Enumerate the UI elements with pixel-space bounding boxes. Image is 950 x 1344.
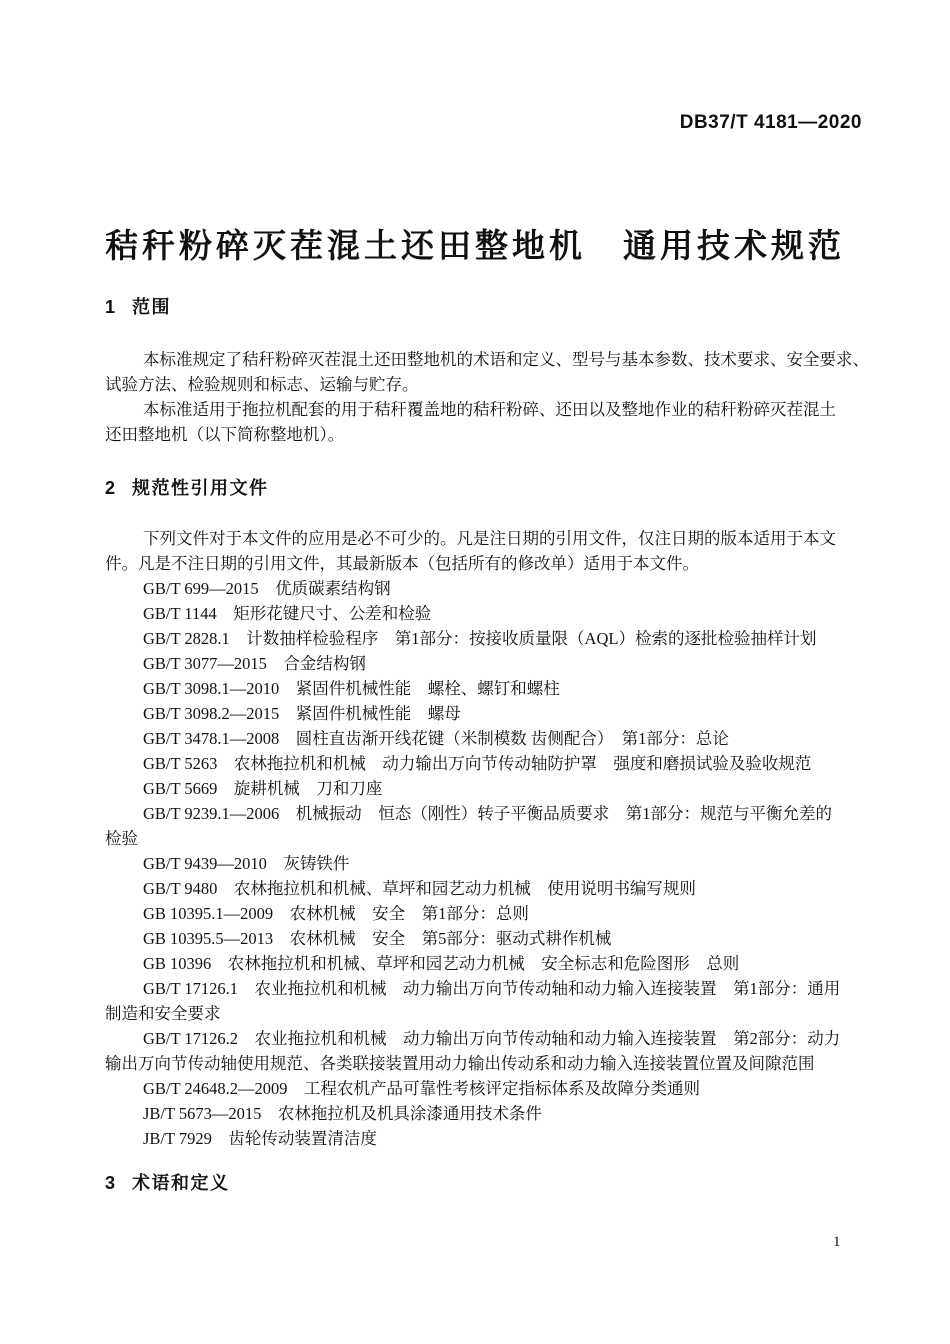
paragraph-line: 本标准适用于拖拉机配套的用于秸秆覆盖地的秸秆粉碎、还田以及整地作业的秸秆粉碎灭茬…	[105, 397, 865, 422]
document-title: 秸秆粉碎灭茬混土还田整地机 通用技术规范	[0, 220, 950, 267]
reference-line: GB/T 3077—2015 合金结构钢	[105, 651, 865, 676]
reference-line: GB/T 9239.1—2006 机械振动 恒态（刚性）转子平衡品质要求 第1部…	[105, 801, 865, 826]
paragraph-line: 件。凡是不注日期的引用文件，其最新版本（包括所有的修改单）适用于本文件。	[105, 551, 865, 576]
paragraph-line: 试验方法、检验规则和标志、运输与贮存。	[105, 372, 865, 397]
reference-line: JB/T 7929 齿轮传动装置清洁度	[105, 1126, 865, 1151]
paragraph-line: 下列文件对于本文件的应用是必不可少的。凡是注日期的引用文件，仅注日期的版本适用于…	[105, 526, 865, 551]
clause-3-number: 3	[105, 1173, 115, 1193]
reference-line: GB/T 24648.2—2009 工程农机产品可靠性考核评定指标体系及故障分类…	[105, 1076, 865, 1101]
clause-1-heading: 1范围	[105, 296, 171, 318]
reference-line: GB/T 5263 农林拖拉机和机械 动力输出万向节传动轴防护罩 强度和磨损试验…	[105, 751, 865, 776]
reference-line-continuation: 制造和安全要求	[105, 1001, 865, 1026]
reference-line: GB 10395.1—2009 农林机械 安全 第1部分：总则	[105, 901, 865, 926]
clause-2-number: 2	[105, 478, 115, 498]
clause-1-title: 范围	[132, 297, 171, 317]
reference-line: GB/T 1144 矩形花键尺寸、公差和检验	[105, 601, 865, 626]
clause-3-heading: 3术语和定义	[105, 1172, 230, 1194]
reference-list: GB/T 699—2015 优质碳素结构钢 GB/T 1144 矩形花键尺寸、公…	[105, 576, 865, 1151]
reference-line: GB/T 3478.1—2008 圆柱直齿渐开线花键（米制模数 齿侧配合） 第1…	[105, 726, 865, 751]
reference-line: GB/T 699—2015 优质碳素结构钢	[105, 576, 865, 601]
paragraph-line: 本标准规定了秸秆粉碎灭茬混土还田整地机的术语和定义、型号与基本参数、技术要求、安…	[105, 347, 865, 372]
reference-line: GB/T 9480 农林拖拉机和机械、草坪和园艺动力机械 使用说明书编写规则	[105, 876, 865, 901]
reference-line: JB/T 5673—2015 农林拖拉机及机具涂漆通用技术条件	[105, 1101, 865, 1126]
clause-1-body: 本标准规定了秸秆粉碎灭茬混土还田整地机的术语和定义、型号与基本参数、技术要求、安…	[105, 347, 865, 447]
document-page: DB37/T 4181—2020 秸秆粉碎灭茬混土还田整地机 通用技术规范 1范…	[0, 0, 950, 1344]
reference-line: GB/T 5669 旋耕机械 刀和刀座	[105, 776, 865, 801]
reference-line-continuation: 检验	[105, 826, 865, 851]
clause-2-body: 下列文件对于本文件的应用是必不可少的。凡是注日期的引用文件，仅注日期的版本适用于…	[105, 526, 865, 1151]
clause-2-heading: 2规范性引用文件	[105, 477, 269, 499]
reference-line: GB/T 9439—2010 灰铸铁件	[105, 851, 865, 876]
clause-3-title: 术语和定义	[132, 1173, 230, 1193]
reference-line: GB/T 17126.2 农业拖拉机和机械 动力输出万向节传动轴和动力输入连接装…	[105, 1026, 865, 1051]
reference-line: GB 10396 农林拖拉机和机械、草坪和园艺动力机械 安全标志和危险图形 总则	[105, 951, 865, 976]
reference-line: GB/T 2828.1 计数抽样检验程序 第1部分：按接收质量限（AQL）检索的…	[105, 626, 865, 651]
reference-line: GB/T 3098.2—2015 紧固件机械性能 螺母	[105, 701, 865, 726]
clause-2-title: 规范性引用文件	[132, 478, 269, 498]
reference-line: GB/T 3098.1—2010 紧固件机械性能 螺栓、螺钉和螺柱	[105, 676, 865, 701]
page-number: 1	[833, 1234, 841, 1251]
clause-1-number: 1	[105, 297, 115, 317]
standard-code: DB37/T 4181—2020	[680, 112, 862, 134]
paragraph-line: 还田整地机（以下简称整地机）。	[105, 422, 865, 447]
reference-line-continuation: 输出万向节传动轴使用规范、各类联接装置用动力输出传动系和动力输入连接装置位置及间…	[105, 1051, 865, 1076]
reference-line: GB 10395.5—2013 农林机械 安全 第5部分：驱动式耕作机械	[105, 926, 865, 951]
reference-line: GB/T 17126.1 农业拖拉机和机械 动力输出万向节传动轴和动力输入连接装…	[105, 976, 865, 1001]
